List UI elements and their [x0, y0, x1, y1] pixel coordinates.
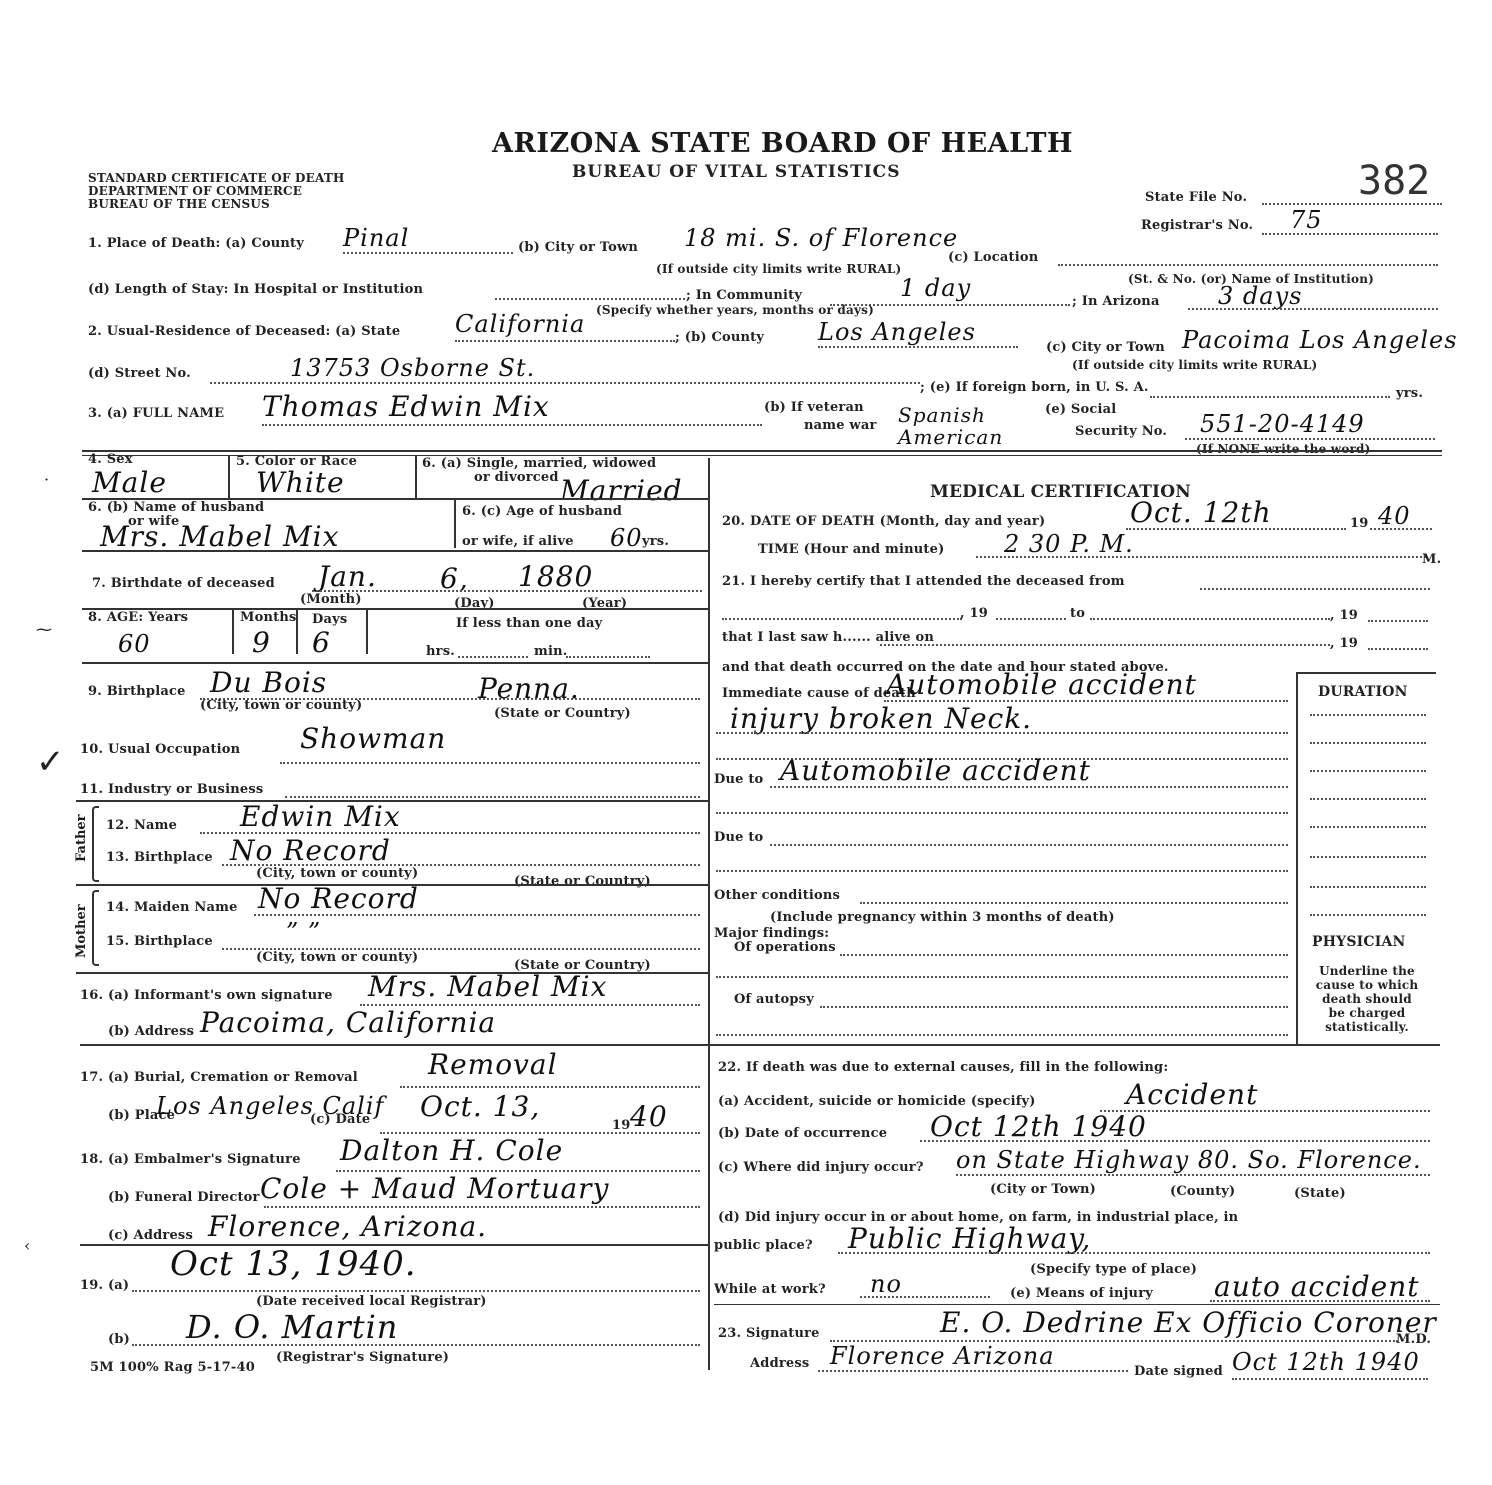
spouse-age-label-2: or wife, if alive — [462, 534, 574, 549]
board-title: ARIZONA STATE BOARD OF HEALTH — [492, 128, 1073, 159]
certify-line-1: 21. I hereby certify that I attended the… — [722, 574, 1125, 589]
print-code: 5M 100% Rag 5-17-40 — [90, 1360, 255, 1375]
birthdate-year: 1880 — [518, 560, 593, 593]
death-year-prefix: 19 — [1350, 516, 1369, 531]
sex-value: Male — [92, 466, 167, 499]
spouse-age-value: 60 — [610, 524, 643, 552]
place-of-death-label: 1. Place of Death: (a) County — [88, 236, 304, 251]
war-label: name war — [804, 418, 877, 433]
external-a-value: Accident — [1126, 1078, 1258, 1111]
date-signed-label: Date signed — [1134, 1364, 1223, 1379]
birthdate-label: 7. Birthdate of deceased — [92, 576, 275, 591]
occupation-value: Showman — [300, 722, 446, 755]
means-label: (e) Means of injury — [1010, 1286, 1153, 1301]
mother-city-note: (City, town or county) — [256, 950, 418, 965]
date-received-note: (Date received local Registrar) — [256, 1294, 487, 1309]
residence-rural-note: (If outside city limits write RURAL) — [1072, 358, 1317, 372]
funeral-address: Florence, Arizona. — [208, 1210, 487, 1243]
rural-note: (If outside city limits write RURAL) — [656, 262, 901, 276]
marital-label-2: or divorced — [474, 470, 559, 485]
street-label: (d) Street No. — [88, 366, 191, 381]
certify-19c: , 19 — [1330, 636, 1358, 651]
mother-birthplace-label: 15. Birthplace — [106, 934, 213, 949]
external-c-value: on State Highway 80. So. Florence. — [956, 1146, 1422, 1174]
burial-value: Removal — [428, 1048, 558, 1081]
certify-19b: , 19 — [1330, 608, 1358, 623]
age-label: 8. AGE: Years — [88, 610, 188, 625]
month-note: (Month) — [300, 592, 362, 607]
mother-birthplace: ” ” — [286, 918, 321, 946]
arizona-label: ; In Arizona — [1072, 294, 1160, 309]
full-name-value: Thomas Edwin Mix — [262, 390, 550, 423]
location-label: (c) Location — [948, 250, 1038, 265]
hrs-label: hrs. — [426, 644, 455, 659]
signature-address-label: Address — [750, 1356, 809, 1371]
ssn-value: 551-20-4149 — [1200, 410, 1365, 438]
spouse-age-label-1: 6. (c) Age of husband — [462, 504, 622, 519]
autopsy-label: Of autopsy — [734, 992, 814, 1007]
age-years: 60 — [118, 630, 151, 658]
death-county: Pinal — [343, 224, 409, 252]
ssn-note: (If NONE write the word) — [1196, 442, 1371, 456]
full-name-label: 3. (a) FULL NAME — [88, 406, 224, 421]
work-label: While at work? — [714, 1282, 826, 1297]
external-c-note-state: (State) — [1294, 1186, 1346, 1201]
months-label: Months — [240, 610, 297, 625]
residence-city: Pacoima Los Angeles — [1182, 326, 1458, 354]
margin-mark-icon: ⁓ — [36, 620, 52, 639]
external-c-label: (c) Where did injury occur? — [718, 1160, 924, 1175]
embalmer-value: Dalton H. Cole — [340, 1134, 563, 1167]
state-file-label: State File No. — [1145, 190, 1247, 205]
operations-label: Of operations — [734, 940, 836, 955]
burial-date-label: (c) Date — [310, 1112, 370, 1127]
foreign-yrs: yrs. — [1396, 386, 1423, 401]
due-to-2-label: Due to — [714, 830, 763, 845]
informant-address: Pacoima, California — [200, 1006, 496, 1039]
duration-heading: DURATION — [1318, 684, 1408, 700]
foreign-born-label: ; (e) If foreign born, in U. S. A. — [920, 380, 1149, 395]
father-state-note: (State or Country) — [514, 874, 651, 889]
margin-mark-icon: · — [44, 470, 49, 489]
embalmer-label: 18. (a) Embalmer's Signature — [80, 1152, 301, 1167]
external-label: 22. If death was due to external causes,… — [718, 1060, 1168, 1075]
signature-value: E. O. Dedrine Ex Officio Coroner — [940, 1306, 1437, 1339]
residence-label: 2. Usual-Residence of Deceased: (a) Stat… — [88, 324, 400, 339]
registrar-a-label: 19. (a) — [80, 1278, 129, 1293]
birthplace-state-note: (State or Country) — [494, 706, 631, 721]
registrar-no-label: Registrar's No. — [1141, 218, 1253, 233]
residence-city-label: (c) City or Town — [1046, 340, 1165, 355]
registrar-sig-note: (Registrar's Signature) — [276, 1350, 449, 1365]
registrar-b-label: (b) — [108, 1332, 130, 1347]
veteran-label: (b) If veteran — [764, 400, 864, 415]
due-to-1-value: Automobile accident — [780, 754, 1091, 787]
means-value: auto accident — [1214, 1270, 1420, 1303]
external-c-note-city: (City or Town) — [990, 1182, 1096, 1197]
date-received: Oct 13, 1940. — [170, 1244, 417, 1284]
city-label: (b) City or Town — [518, 240, 638, 255]
director-value: Cole + Maud Mortuary — [260, 1172, 609, 1205]
burial-year: 40 — [630, 1100, 668, 1133]
director-label: (b) Funeral Director — [108, 1190, 260, 1205]
birthdate-month: Jan. — [318, 560, 377, 593]
war-value: Spanish American — [898, 404, 1048, 448]
certify-to: to — [1070, 606, 1085, 621]
residence-state: California — [455, 310, 585, 338]
spouse-value: Mrs. Mabel Mix — [100, 520, 339, 553]
external-d-value: Public Highway, — [848, 1222, 1091, 1255]
physician-note: Underline the cause to which death shoul… — [1305, 964, 1429, 1034]
date-signed-value: Oct 12th 1940 — [1232, 1348, 1420, 1376]
specify-note: (Specify whether years, months or days) — [596, 303, 874, 317]
age-months: 9 — [252, 626, 271, 659]
time-suffix: M. — [1422, 552, 1441, 567]
spouse-label-1: 6. (b) Name of husband — [88, 500, 264, 515]
external-b-label: (b) Date of occurrence — [718, 1126, 887, 1141]
street-value: 13753 Osborne St. — [290, 354, 535, 382]
informant-value: Mrs. Mabel Mix — [368, 970, 607, 1003]
race-value: White — [256, 466, 345, 499]
ssn-label-2: Security No. — [1075, 424, 1167, 439]
time-value: 2 30 P. M. — [1004, 530, 1134, 558]
sex-label: 4. Sex — [88, 452, 133, 467]
margin-mark-icon: ‹ — [24, 1236, 30, 1255]
residence-county: Los Angeles — [818, 318, 976, 346]
min-label: min. — [534, 644, 567, 659]
signature-suffix: M.D. — [1396, 1332, 1431, 1347]
length-of-stay-label: (d) Length of Stay: In Hospital or Insti… — [88, 282, 423, 297]
burial-date: Oct. 13, — [420, 1090, 540, 1123]
external-d-label-2: public place? — [714, 1238, 813, 1253]
occupation-label: 10. Usual Occupation — [80, 742, 240, 757]
birthplace-label: 9. Birthplace — [88, 684, 186, 699]
signature-address: Florence Arizona — [830, 1342, 1055, 1370]
age-days: 6 — [312, 626, 331, 659]
father-birthplace: No Record — [230, 834, 391, 867]
death-date: Oct. 12th — [1130, 496, 1272, 529]
father-city-note: (City, town or county) — [256, 866, 418, 881]
birthplace-state: Penna. — [478, 672, 580, 705]
mother-name-label: 14. Maiden Name — [106, 900, 238, 915]
signature-label: 23. Signature — [718, 1326, 820, 1341]
certify-19a: , 19 — [960, 606, 988, 621]
community-label: ; In Community — [686, 288, 802, 303]
spouse-age-suffix: yrs. — [642, 534, 669, 549]
marital-value: Married — [560, 474, 683, 507]
mother-name: No Record — [258, 882, 419, 915]
death-city: 18 mi. S. of Florence — [684, 224, 958, 252]
bureau-subtitle: BUREAU OF VITAL STATISTICS — [572, 162, 900, 182]
major-findings-label: Major findings: — [714, 926, 829, 941]
external-c-note-county: (County) — [1170, 1184, 1235, 1199]
birthplace-city: Du Bois — [210, 666, 327, 699]
physician-heading: PHYSICIAN — [1312, 934, 1406, 950]
external-a-label: (a) Accident, suicide or homicide (speci… — [718, 1094, 1036, 1109]
community-value: 1 day — [900, 274, 971, 302]
immediate-cause-1: Automobile accident — [886, 668, 1197, 701]
father-birthplace-label: 13. Birthplace — [106, 850, 213, 865]
due-to-1-label: Due to — [714, 772, 763, 787]
time-label: TIME (Hour and minute) — [758, 542, 944, 557]
external-b-value: Oct 12th 1940 — [930, 1110, 1147, 1143]
external-d-note: (Specify type of place) — [1030, 1262, 1197, 1277]
father-tag: Father — [74, 814, 89, 862]
registrar-signature: D. O. Martin — [186, 1308, 398, 1346]
birthplace-city-note: (City, town or county) — [200, 698, 362, 713]
state-file-number: 382 — [1358, 158, 1430, 204]
funeral-address-label: (c) Address — [108, 1228, 193, 1243]
form-type: STANDARD CERTIFICATE OF DEATH DEPARTMENT… — [88, 172, 345, 211]
days-label: Days — [312, 612, 347, 627]
burial-label: 17. (a) Burial, Cremation or Removal — [80, 1070, 358, 1085]
arizona-value: 3 days — [1218, 282, 1302, 310]
ssn-label-1: (e) Social — [1045, 402, 1116, 417]
marital-label-1: 6. (a) Single, married, widowed — [422, 456, 656, 471]
residence-county-label: ; (b) County — [675, 330, 764, 345]
certify-line-3: that I last saw h...... alive on — [722, 630, 934, 645]
less-day-label: If less than one day — [456, 616, 602, 631]
pregnancy-note: (Include pregnancy within 3 months of de… — [770, 910, 1115, 925]
immediate-cause-2: injury broken Neck. — [730, 702, 1032, 735]
death-year: 40 — [1378, 502, 1411, 530]
informant-label: 16. (a) Informant's own signature — [80, 988, 333, 1003]
registrar-no-value: 75 — [1290, 206, 1323, 234]
check-mark-icon: ✓ — [36, 742, 65, 782]
industry-label: 11. Industry or Business — [80, 782, 263, 797]
other-conditions-label: Other conditions — [714, 888, 840, 903]
burial-year-prefix: 19 — [612, 1118, 631, 1133]
father-name: Edwin Mix — [240, 800, 401, 833]
informant-address-label: (b) Address — [108, 1024, 194, 1039]
mother-tag: Mother — [74, 904, 89, 958]
work-value: no — [870, 1270, 902, 1298]
death-date-label: 20. DATE OF DEATH (Month, day and year) — [722, 514, 1045, 529]
father-name-label: 12. Name — [106, 818, 177, 833]
